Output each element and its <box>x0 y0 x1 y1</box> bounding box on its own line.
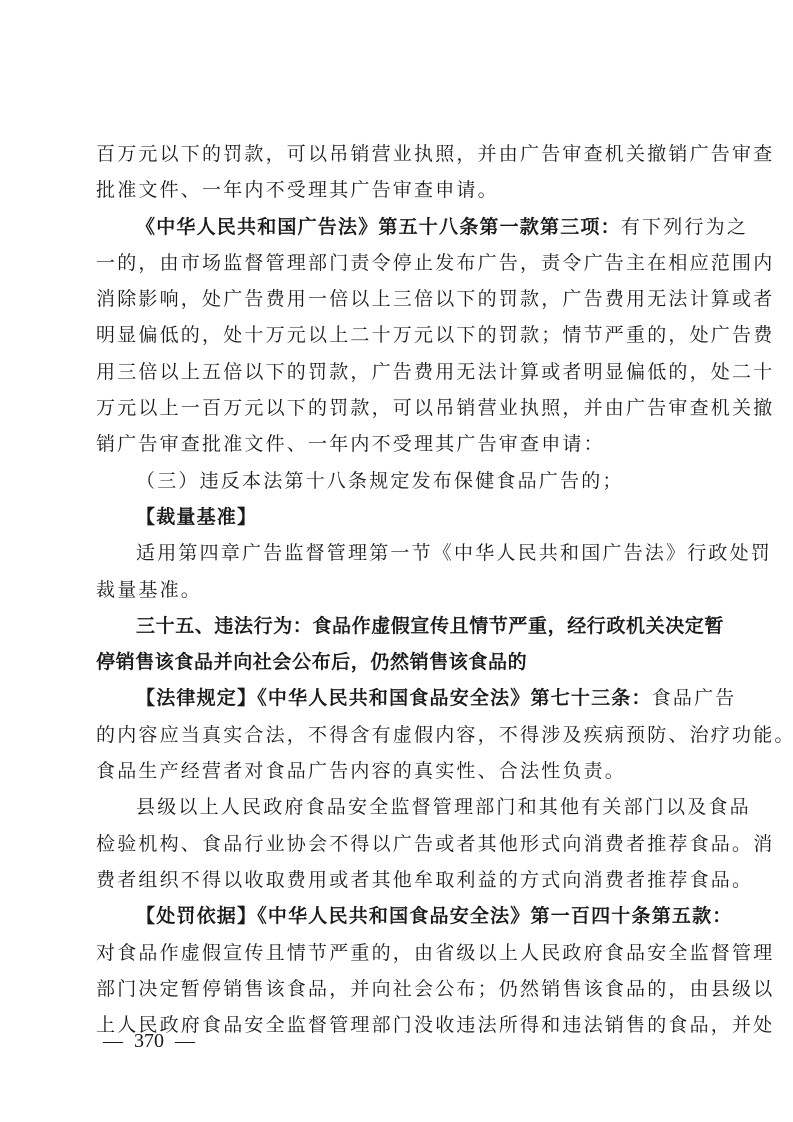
page-number: 370 <box>134 1030 164 1053</box>
text-line: 部门决定暂停销售该食品，并向社会公布；仍然销售该食品的，由县级以 <box>96 971 714 1007</box>
section-heading-35: 三十五、违法行为：食品作虚假宣传且情节严重，经行政机关决定暂 <box>96 608 714 644</box>
text-line: 百万元以下的罚款，可以吊销营业执照，并由广告审查机关撤销广告审查 <box>96 136 714 172</box>
section-label: 【裁量基准】 <box>136 506 257 528</box>
text-line: 销广告审查批准文件、一年内不受理其广告审查申请： <box>96 426 714 462</box>
penalty-basis-label: 【处罚依据】《中华人民共和国食品安全法》第一百四十条第五款： <box>136 905 733 927</box>
paragraph-penalty-basis: 【处罚依据】《中华人民共和国食品安全法》第一百四十条第五款： <box>96 898 714 934</box>
text-line: 检验机构、食品行业协会不得以广告或者其他形式向消费者推荐食品。消 <box>96 826 714 862</box>
text-line: 一的，由市场监督管理部门责令停止发布广告，责令广告主在相应范围内 <box>96 245 714 281</box>
text-line: 食品生产经营者对食品广告内容的真实性、合法性负责。 <box>96 753 714 789</box>
text-line: 裁量基准。 <box>96 572 714 608</box>
paragraph-legal-provision: 【法律规定】《中华人民共和国食品安全法》第七十三条：食品广告 <box>96 680 714 716</box>
section-heading-35-cont: 停销售该食品并向社会公布后，仍然销售该食品的 <box>96 644 714 680</box>
text-span: 有下列行为之 <box>621 216 748 238</box>
document-page: 百万元以下的罚款，可以吊销营业执照，并由广告审查机关撤销广告审查 批准文件、一年… <box>96 136 714 1043</box>
text-line: 县级以上人民政府食品安全监督管理部门和其他有关部门以及食品 <box>96 789 714 825</box>
text-span: 食品广告 <box>652 687 737 709</box>
list-item-three: （三）违反本法第十八条规定发布保健食品广告的； <box>96 463 714 499</box>
section-label-discretion-standard: 【裁量基准】 <box>96 499 714 535</box>
text-line: 万元以上一百万元以下的罚款，可以吊销营业执照，并由广告审查机关撤 <box>96 390 714 426</box>
page-footer: — 370 — <box>97 1030 201 1053</box>
text-line: 的内容应当真实合法，不得含有虚假内容，不得涉及疾病预防、治疗功能。 <box>96 717 714 753</box>
dash-left: — <box>103 1030 123 1053</box>
text-line: 消除影响，处广告费用一倍以上三倍以下的罚款，广告费用无法计算或者 <box>96 281 714 317</box>
text-line: 批准文件、一年内不受理其广告审查申请。 <box>96 172 714 208</box>
text-line: 明显偏低的，处十万元以上二十万元以下的罚款；情节严重的，处广告费 <box>96 317 714 353</box>
legal-provision-label: 【法律规定】《中华人民共和国食品安全法》第七十三条： <box>136 687 652 709</box>
article-citation: 《中华人民共和国广告法》第五十八条第一款第三项： <box>136 216 621 238</box>
text-line: 适用第四章广告监督管理第一节《中华人民共和国广告法》行政处罚 <box>96 535 714 571</box>
dash-right: — <box>175 1030 195 1053</box>
text-line: 费者组织不得以收取费用或者其他牟取利益的方式向消费者推荐食品。 <box>96 862 714 898</box>
paragraph-advertising-law-art58: 《中华人民共和国广告法》第五十八条第一款第三项：有下列行为之 <box>96 209 714 245</box>
text-line: 用三倍以上五倍以下的罚款，广告费用无法计算或者明显偏低的，处二十 <box>96 354 714 390</box>
text-line: 对食品作虚假宣传且情节严重的，由省级以上人民政府食品安全监督管理 <box>96 935 714 971</box>
